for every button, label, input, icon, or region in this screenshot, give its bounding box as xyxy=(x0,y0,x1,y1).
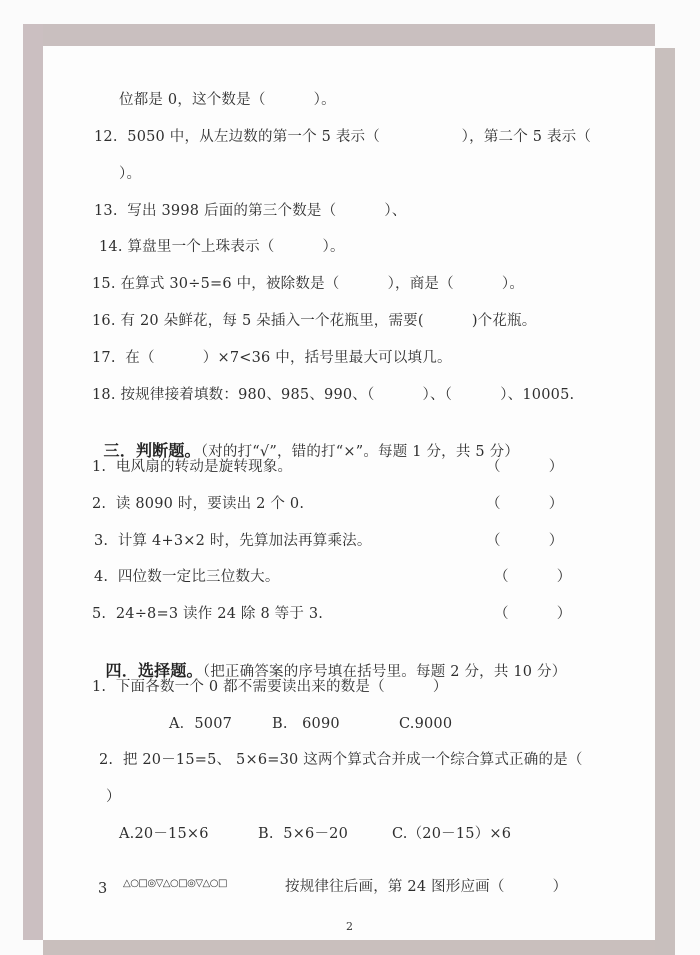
choice-2-option-c[interactable]: C.（20－15）×6 xyxy=(392,824,511,844)
judge-item-4: 4. 四位数一定比三位数大。 xyxy=(94,567,280,587)
judge-item-3: 3. 计算 4+3×2 时，先算加法再算乘法。 xyxy=(94,531,372,551)
section-3-heading: 三．判断题。（对的打“√”，错的打“×”。每题 1 分，共 5 分） xyxy=(92,421,519,462)
judge-answer-bracket-2[interactable]: （ ） xyxy=(486,494,564,514)
page-frame-right xyxy=(655,48,675,955)
question-16: 16. 有 20 朵鲜花，每 5 朵插入一个花瓶里，需要( )个花瓶。 xyxy=(92,311,537,331)
shape-pattern-icon: △○□◎▽△○□◎▽△○□ xyxy=(123,874,227,894)
page-frame-left xyxy=(23,24,43,940)
question-12: 12. 5050 中，从左边数的第一个 5 表示（ ），第二个 5 表示（ xyxy=(94,127,591,147)
judge-answer-bracket-5[interactable]: （ ） xyxy=(494,604,572,624)
choice-2-option-b[interactable]: B. 5×6－20 xyxy=(258,824,348,844)
choice-question-2: 2. 把 20－15=5、 5×6=30 这两个算式合并成一个综合算式正确的是（ xyxy=(99,750,583,770)
page-frame-bottom xyxy=(43,940,655,955)
choice-question-1: 1. 下面各数一个 0 都不需要读出来的数是（ ） xyxy=(92,677,448,697)
choice-question-2-continuation: ） xyxy=(106,787,121,807)
choice-2-option-a[interactable]: A.20－15×6 xyxy=(119,824,209,844)
question-12-continuation: ）。 xyxy=(119,164,141,184)
page-number: 2 xyxy=(346,920,353,933)
judge-answer-bracket-4[interactable]: （ ） xyxy=(494,567,572,587)
section-4-heading: 四．选择题。（把正确答案的序号填在括号里。每题 2 分，共 10 分） xyxy=(94,641,566,682)
question-15: 15. 在算式 30÷5=6 中，被除数是（ ），商是（ ）。 xyxy=(92,274,524,294)
choice-question-3: 按规律往后画，第 24 图形应画（ ） xyxy=(285,877,567,897)
choice-1-option-a[interactable]: A．5007 xyxy=(169,714,232,734)
question-14: 14. 算盘里一个上珠表示（ ）。 xyxy=(99,237,345,257)
judge-item-1: 1. 电风扇的转动是旋转现象。 xyxy=(92,457,292,477)
choice-question-3-number: 3 xyxy=(98,879,107,899)
page-frame-top xyxy=(23,24,655,46)
judge-answer-bracket-3[interactable]: （ ） xyxy=(486,531,564,551)
judge-answer-bracket-1[interactable]: （ ） xyxy=(486,457,564,477)
judge-item-5: 5. 24÷8=3 读作 24 除 8 等于 3. xyxy=(92,604,323,624)
question-13: 13. 写出 3998 后面的第三个数是（ ）、 xyxy=(94,201,407,221)
choice-1-option-c[interactable]: C.9000 xyxy=(399,714,452,734)
question-18: 18. 按规律接着填数：980、985、990、（ ）、（ ）、10005. xyxy=(92,385,574,405)
question-17: 17. 在（ ）×7<36 中，括号里最大可以填几。 xyxy=(92,348,452,368)
judge-item-2: 2. 读 8090 时，要读出 2 个 0. xyxy=(92,494,304,514)
choice-1-option-b[interactable]: B. 6090 xyxy=(272,714,340,734)
question-11-continuation: 位都是 0，这个数是（ ）。 xyxy=(119,90,336,110)
